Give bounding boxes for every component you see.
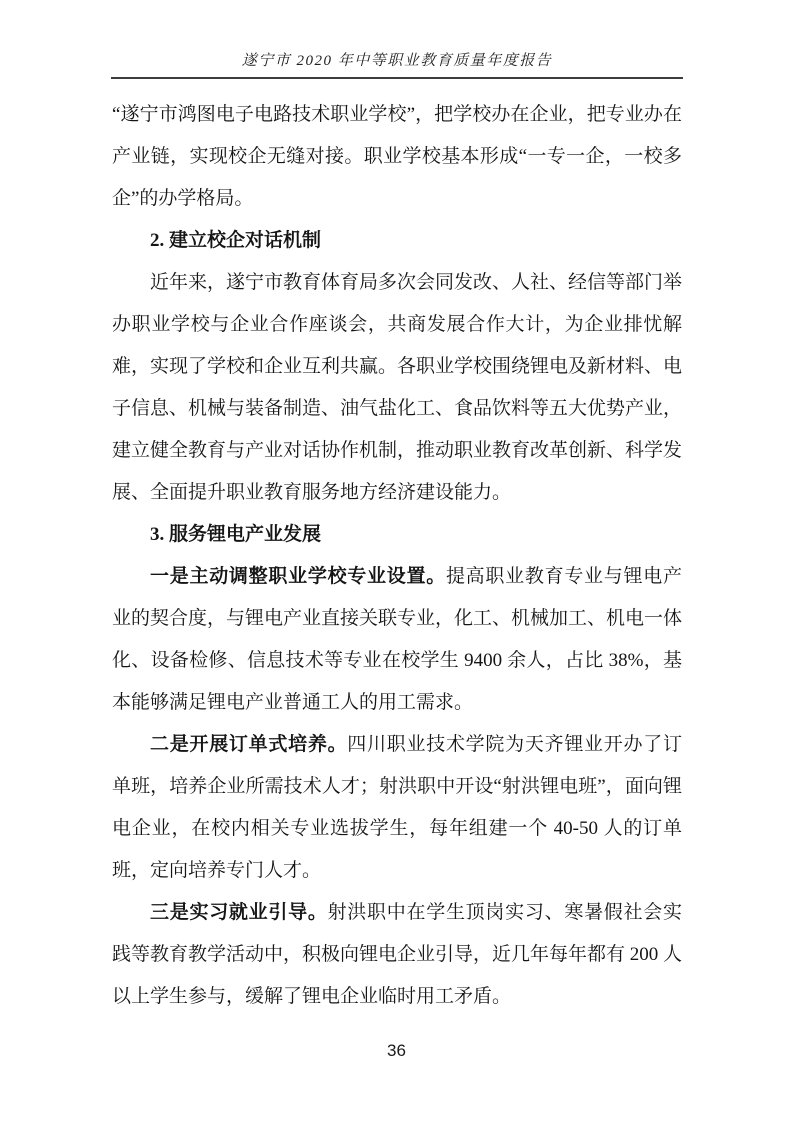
paragraph: 三是实习就业引导。射洪职中在学生顶岗实习、寒暑假社会实践等教育教学活动中，积极向… [112, 892, 682, 1018]
page-header: 遂宁市 2020 年中等职业教育质量年度报告 [111, 0, 683, 79]
heading-text: 3. 服务锂电产业发展 [150, 524, 321, 545]
section-heading: 3. 服务锂电产业发展 [112, 514, 682, 556]
paragraph-text: 四川职业技术学院为天齐锂业开办了订单班，培养企业所需技术人才；射洪职中开设“射洪… [112, 734, 682, 881]
document-page: 遂宁市 2020 年中等职业教育质量年度报告 “遂宁市鸿图电子电路技术职业学校”… [0, 0, 793, 1122]
paragraph-text: 近年来，遂宁市教育体育局多次会同发改、人社、经信等部门举办职业学校与企业合作座谈… [112, 272, 682, 503]
paragraph-text: “遂宁市鸿图电子电路技术职业学校”，把学校办在企业，把专业办在产业链，实现校企无… [112, 104, 682, 209]
section-heading: 2. 建立校企对话机制 [112, 220, 682, 262]
paragraph: 一是主动调整职业学校专业设置。提高职业教育专业与锂电产业的契合度，与锂电产业直接… [112, 556, 682, 724]
document-body: “遂宁市鸿图电子电路技术职业学校”，把学校办在企业，把专业办在产业链，实现校企无… [112, 94, 682, 1018]
paragraph: 二是开展订单式培养。四川职业技术学院为天齐锂业开办了订单班，培养企业所需技术人才… [112, 724, 682, 892]
paragraph-lead: 一是主动调整职业学校专业设置。 [150, 566, 446, 587]
page-number: 36 [387, 1041, 406, 1060]
paragraph-lead: 二是开展订单式培养。 [150, 734, 347, 755]
page-footer: 36 [0, 1041, 793, 1061]
paragraph: 近年来，遂宁市教育体育局多次会同发改、人社、经信等部门举办职业学校与企业合作座谈… [112, 262, 682, 514]
header-title: 遂宁市 2020 年中等职业教育质量年度报告 [111, 53, 683, 70]
paragraph-text: 提高职业教育专业与锂电产业的契合度，与锂电产业直接关联专业，化工、机械加工、机电… [112, 566, 682, 713]
paragraph: “遂宁市鸿图电子电路技术职业学校”，把学校办在企业，把专业办在产业链，实现校企无… [112, 94, 682, 220]
header-rule [111, 77, 683, 79]
heading-text: 2. 建立校企对话机制 [150, 230, 321, 251]
paragraph-lead: 三是实习就业引导。 [150, 902, 328, 923]
